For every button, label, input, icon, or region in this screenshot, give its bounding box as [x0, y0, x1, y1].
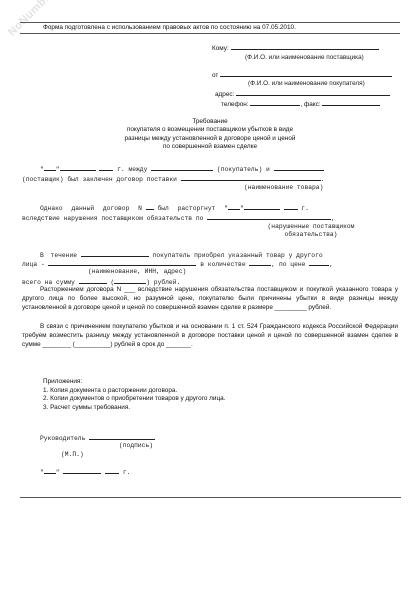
- phone-field[interactable]: [250, 99, 300, 106]
- losses-paragraph: Расторжением договора N ___ вследствие н…: [22, 285, 398, 313]
- contract-paragraph-line-1: "" г. между (покупатель) и: [40, 164, 324, 173]
- attachment-item: 2. Копии документов о приобретении товар…: [43, 395, 225, 404]
- attachment-item: 3. Расчет суммы требования.: [43, 404, 225, 413]
- title-line-4: по совершенной взамен сделке: [60, 143, 360, 151]
- terminated-text: был расторгнут ": [157, 205, 227, 212]
- footer-rule: [20, 497, 401, 498]
- address-row: адрес:: [215, 89, 390, 98]
- purchase-line-2: лица - в количестве , по цене ,: [22, 259, 333, 268]
- obligations-hint-line-2: обязательства): [256, 231, 366, 239]
- comma: ,: [331, 215, 335, 222]
- during-text: В течение: [40, 252, 77, 259]
- to-hint: (Ф.И.О. или наименование поставщика): [245, 54, 364, 61]
- contract-number-field[interactable]: [146, 203, 154, 210]
- document-title: Требование покупателя о возмещении поста…: [60, 118, 360, 151]
- termination-line-1: Однако данный договор N был расторгнут "…: [40, 203, 309, 212]
- phone-label: телефон:: [221, 101, 249, 108]
- buyer-purchased-text: покупатель приобрел указанный товар у др…: [153, 252, 323, 259]
- head-label: Руководитель: [40, 435, 85, 442]
- price-field[interactable]: [309, 259, 329, 266]
- from-field[interactable]: [220, 70, 392, 77]
- from-label: от: [212, 72, 218, 79]
- signature-hint: (подпись): [119, 442, 153, 449]
- head-signature-row: Руководитель: [40, 433, 155, 442]
- claim-paragraph: В связи с причинением покупателю убытков…: [22, 322, 398, 350]
- period: .: [321, 176, 325, 183]
- signature-field[interactable]: [89, 433, 155, 440]
- year-suffix: г.: [301, 205, 309, 212]
- sign-year-field[interactable]: [105, 467, 119, 474]
- from-hint: (Ф.И.О. или наименование покупателя): [248, 80, 365, 87]
- third-party-hint: (наименование, ИНН, адрес): [88, 268, 186, 275]
- attachment-item: 1. Копия документа о расторжении договор…: [43, 387, 225, 396]
- to-field[interactable]: [231, 43, 379, 50]
- addressee-to-row: Кому:: [212, 43, 379, 52]
- fax-field[interactable]: [322, 99, 380, 106]
- obligations-hint-line-1: (нарушенные поставщиком: [256, 223, 366, 231]
- period-field[interactable]: [81, 250, 149, 257]
- contract-concluded-text: (поставщик) был заключен договор поставк…: [22, 176, 177, 183]
- addressee-from-row: от: [212, 70, 392, 79]
- termination-year-field[interactable]: [284, 203, 298, 210]
- address-field[interactable]: [236, 89, 390, 96]
- termination-month-field[interactable]: [244, 203, 280, 210]
- header-bottom-rule: [20, 33, 400, 34]
- contract-day-field[interactable]: [44, 164, 56, 171]
- quantity-field[interactable]: [249, 259, 271, 266]
- phone-fax-row: телефон: , факс:: [221, 99, 380, 108]
- buyer-name-field[interactable]: [151, 164, 213, 171]
- sign-day-field[interactable]: [44, 467, 56, 474]
- buyer-label: (покупатель) и: [217, 166, 270, 173]
- total-sum-field[interactable]: [79, 277, 107, 284]
- obligations-hint: (нарушенные поставщиком обязательства): [256, 223, 366, 239]
- contract-month-field[interactable]: [60, 164, 96, 171]
- supplier-name-field[interactable]: [274, 164, 324, 171]
- termination-text: Однако данный договор N: [40, 205, 142, 212]
- date-quote-close: ": [56, 469, 60, 476]
- price-text: , по цене: [271, 261, 305, 268]
- address-label: адрес:: [215, 91, 234, 98]
- attachments-heading: Приложения:: [43, 378, 225, 387]
- attachments: Приложения: 1. Копия документа о расторж…: [43, 378, 225, 412]
- contract-paragraph-line-2: (поставщик) был заключен договор поставк…: [22, 174, 325, 183]
- sign-month-field[interactable]: [63, 467, 101, 474]
- sign-year-suffix: г.: [123, 469, 131, 476]
- violated-obligations-field[interactable]: [207, 213, 331, 220]
- contract-year-field[interactable]: [99, 164, 113, 171]
- stamp-label: (М.П.): [61, 451, 84, 458]
- form-note: Форма подготовлена с использованием прав…: [43, 24, 296, 31]
- year-between-text: г. между: [117, 166, 147, 173]
- termination-day-field[interactable]: [228, 203, 240, 210]
- signature-date-row: "" г.: [40, 467, 130, 476]
- goods-name-field[interactable]: [181, 174, 321, 181]
- to-label: Кому:: [212, 45, 229, 52]
- quantity-text: в количестве: [200, 261, 245, 268]
- person-text: лица -: [22, 261, 45, 268]
- purchase-line-1: В течение покупатель приобрел указанный …: [40, 250, 323, 259]
- header-top-rule: [20, 22, 400, 23]
- violation-text: вследствие нарушения поставщиком обязате…: [22, 215, 203, 222]
- termination-line-2: вследствие нарушения поставщиком обязате…: [22, 213, 335, 222]
- goods-hint: (наименование товара): [244, 184, 323, 191]
- fax-label: , факс:: [300, 101, 320, 108]
- title-line-2: покупателя о возмещении поставщиком убыт…: [60, 126, 360, 134]
- total-sum-words-field[interactable]: [114, 277, 146, 284]
- title-line-3: разницы между установленной в договоре ц…: [60, 135, 360, 143]
- third-party-field[interactable]: [48, 259, 196, 266]
- comma-2: ,: [329, 261, 333, 268]
